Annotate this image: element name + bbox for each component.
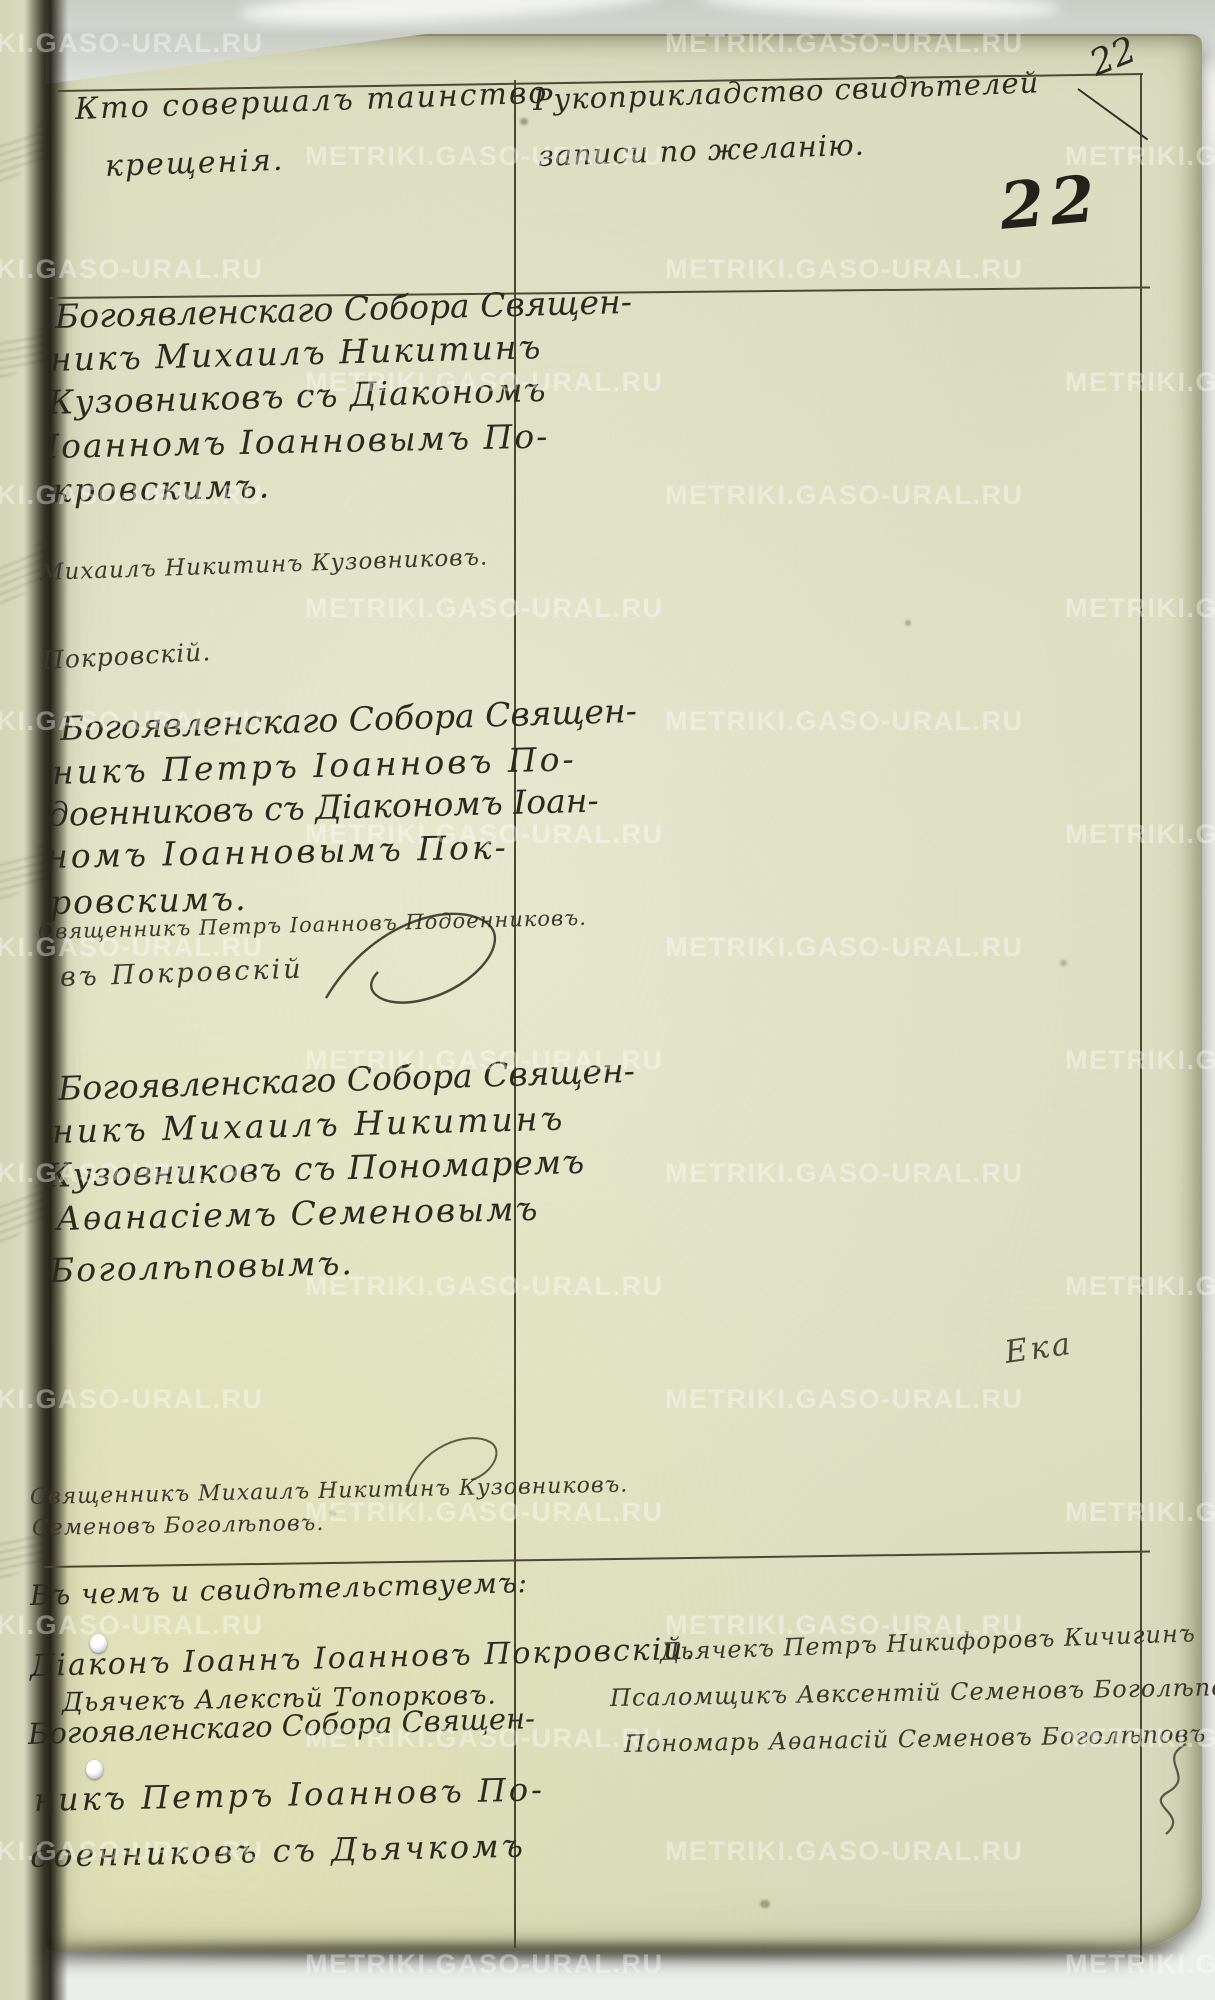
signature-loop-flourish <box>398 1428 508 1498</box>
film-wrinkle <box>239 0 660 31</box>
punch-hole <box>90 1634 107 1653</box>
page-bottom-shadow <box>54 1944 1184 1956</box>
entry-2-line-4: номъ Іоанновымъ Пок- <box>46 830 509 873</box>
foxing-stain <box>1060 960 1067 966</box>
entry-1-line-4: Іоанномъ Іоанновымъ По- <box>46 419 550 463</box>
scanned-register-page: Кто совершалъ таинство крещенія. Рукопри… <box>0 0 1215 2000</box>
foxing-stain <box>760 1900 770 1908</box>
signature-paraph-flourish <box>320 898 535 1016</box>
entry-3-signature-2: Семеновъ Боголѣповъ. <box>32 1513 325 1540</box>
entry-3-line-4: Аѳанасіемъ Семеновымъ <box>56 1192 540 1235</box>
margin-scribble: Ека <box>1003 1329 1075 1369</box>
entry-2-line-5: ровскимъ. <box>50 882 248 919</box>
page-number-large: 22 <box>997 167 1103 240</box>
foxing-stain <box>520 118 528 125</box>
punch-hole <box>86 1760 103 1779</box>
entry-2-signature-2: въ Покровскій <box>60 956 305 991</box>
attestation-tail-flourish <box>1146 1740 1206 1840</box>
attestation-left-line-5: никъ Петръ Іоанновъ По- <box>34 1773 546 1816</box>
foxing-stain <box>330 1510 336 1516</box>
foxing-stain <box>905 620 911 626</box>
film-wrinkle <box>700 0 1061 22</box>
header-left-line-2: крещенія. <box>104 146 284 182</box>
attestation-left-line-6: доенниковъ съ Дьячкомъ <box>30 1830 526 1872</box>
entry-3-line-5: Боголѣповымъ. <box>50 1246 355 1287</box>
entry-1-line-5: кровскимъ. <box>52 469 272 507</box>
